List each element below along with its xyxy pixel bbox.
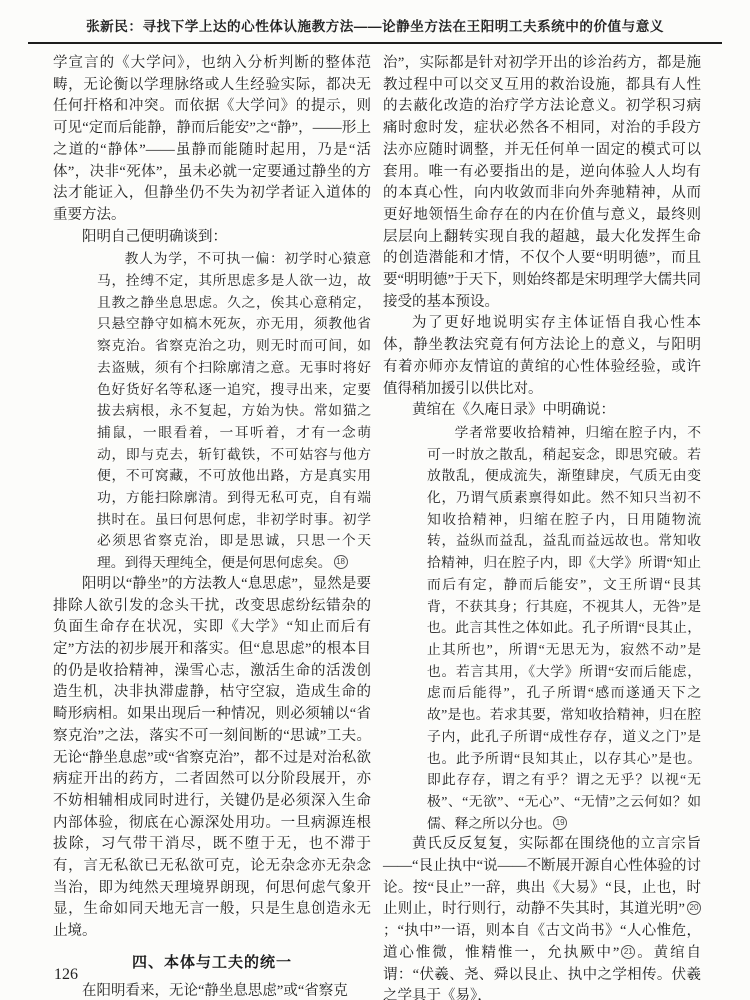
paragraph: 黄氏反反复复，实际都在围绕他的立言宗旨——“艮止执中“说——不断展开源自心性体验… xyxy=(383,834,701,1000)
paragraph: 在阳明看来，无论“静坐息思虑”或“省察克 xyxy=(53,981,371,1000)
paragraph: 学宣言的《大学问》，也纳入分析判断的整体范畴，无论衡以学理脉络或人生经验实际，都… xyxy=(53,53,371,227)
journal-page: 张新民：寻找下学上达的心性体认施教方法——论静坐方法在王阳明工夫系统中的价值与意… xyxy=(0,0,750,1000)
paragraph: 阳明以“静坐”的方法教人“息思虑”，显然是要排除人欲引发的念头干扰，改变思虑纷纭… xyxy=(53,574,371,943)
section-heading: 四、本体与工夫的统一 xyxy=(53,952,371,974)
paragraph-text: 黄氏反反复复，实际都在围绕他的立言宗旨——“艮止执中“说——不断展开源自心性体验… xyxy=(383,836,701,917)
paragraph: 阳明自己便明确谈到： xyxy=(53,227,371,249)
footnote-marker: 18 xyxy=(334,555,348,569)
footnote-marker: 21 xyxy=(621,945,635,959)
quote-text: 教人为学，不可执一偏：初学时心猿意马，拴缚不定，其所思虑多是人欲一边，故且教之静… xyxy=(97,251,371,570)
running-head: 张新民：寻找下学上达的心性体认施教方法——论静坐方法在王阳明工夫系统中的价值与意… xyxy=(0,0,750,35)
footnote-marker: 20 xyxy=(687,901,701,915)
paragraph: 为了更好地说明实存主体证悟自我心性本体，静坐教法究竟有何方法论上的意义，与阳明有… xyxy=(383,313,701,400)
page-number: 126 xyxy=(54,966,78,984)
quote-text: 学者常要收拾精神，归缩在腔子内，不可一时放之散乱，稍起妄念，即思究破。若放散乱，… xyxy=(427,425,701,831)
block-quote: 学者常要收拾精神，归缩在腔子内，不可一时放之散乱，稍起妄念，即思究破。若放散乱，… xyxy=(427,422,701,834)
right-column: 治”，实际都是针对初学开出的诊治药方，都是施教过程中可以交叉互用的救治设施，都具… xyxy=(383,53,701,1000)
block-quote: 教人为学，不可执一偏：初学时心猿意马，拴缚不定，其所思虑多是人欲一边，故且教之静… xyxy=(97,248,371,574)
text-columns: 学宣言的《大学问》，也纳入分析判断的整体范畴，无论衡以学理脉络或人生经验实际，都… xyxy=(0,44,750,1000)
footnote-marker: 19 xyxy=(553,816,567,830)
left-column: 学宣言的《大学问》，也纳入分析判断的整体范畴，无论衡以学理脉络或人生经验实际，都… xyxy=(53,53,371,1000)
paragraph: 治”，实际都是针对初学开出的诊治药方，都是施教过程中可以交叉互用的救治设施，都具… xyxy=(383,53,701,313)
paragraph: 黄绾在《久庵日录》中明确说： xyxy=(383,400,701,422)
